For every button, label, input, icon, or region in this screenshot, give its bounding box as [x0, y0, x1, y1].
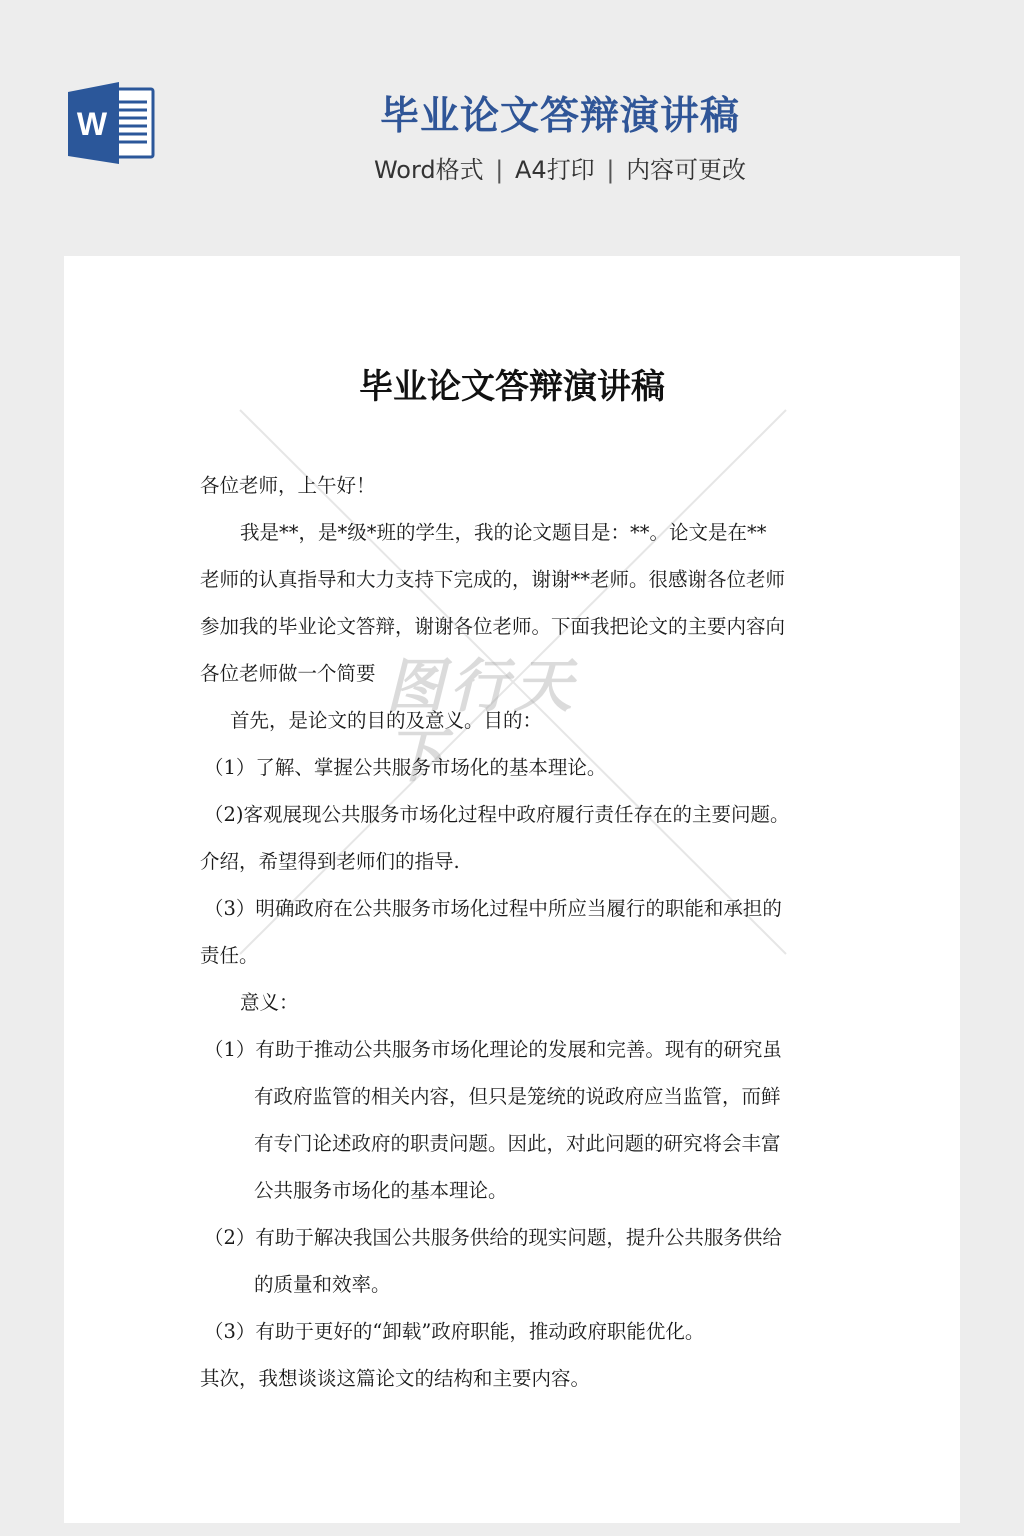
- document-page: 图行天下 毕业论文答辩演讲稿 各位老师，上午好！ 我是**，是*级*班的学生，我…: [64, 256, 960, 1523]
- paragraph-line: 我是**，是*级*班的学生，我的论文题目是：**。论文是在**: [200, 509, 830, 556]
- separator: |: [606, 156, 614, 184]
- section-heading-significance: 意义：: [200, 979, 830, 1026]
- paragraph-line: 责任。: [200, 932, 830, 979]
- paragraph-line: 其次，我想谈谈这篇论文的结构和主要内容。: [200, 1355, 830, 1402]
- list-item-continuation: 有政府监管的相关内容，但只是笼统的说政府应当监管，而鲜: [200, 1073, 830, 1120]
- paragraph-line: 参加我的毕业论文答辩，谢谢各位老师。下面我把论文的主要内容向: [200, 603, 830, 650]
- list-item-continuation: 公共服务市场化的基本理论。: [200, 1167, 830, 1214]
- document-body: 各位老师，上午好！ 我是**，是*级*班的学生，我的论文题目是：**。论文是在*…: [200, 462, 830, 1402]
- list-item-continuation: 的质量和效率。: [200, 1261, 830, 1308]
- list-item: （1）了解、掌握公共服务市场化的基本理论。: [200, 744, 830, 791]
- list-item: （3）有助于更好的“卸载”政府职能，推动政府职能优化。: [200, 1308, 830, 1355]
- word-document-icon: W: [65, 80, 157, 166]
- header-subtitle: Word格式 | A4打印 | 内容可更改: [300, 152, 820, 188]
- paragraph-line: 老师的认真指导和大力支持下完成的，谢谢**老师。很感谢各位老师: [200, 556, 830, 603]
- paragraph-line: 介绍，希望得到老师们的指导.: [200, 838, 830, 885]
- list-item: （3）明确政府在公共服务市场化过程中所应当履行的职能和承担的: [200, 885, 830, 932]
- greeting-line: 各位老师，上午好！: [200, 462, 830, 509]
- svg-text:W: W: [77, 106, 108, 142]
- separator: |: [495, 156, 503, 184]
- section-heading-purpose: 首先，是论文的目的及意义。目的：: [200, 697, 830, 744]
- print-label: A4打印: [515, 156, 595, 184]
- header-title: 毕业论文答辩演讲稿: [300, 92, 820, 142]
- editable-label: 内容可更改: [626, 156, 746, 184]
- format-label: Word格式: [374, 156, 484, 184]
- list-item-continuation: 有专门论述政府的职责问题。因此，对此问题的研究将会丰富: [200, 1120, 830, 1167]
- list-item: （2）有助于解决我国公共服务供给的现实问题，提升公共服务供给: [200, 1214, 830, 1261]
- list-item: （2)客观展现公共服务市场化过程中政府履行责任存在的主要问题。: [200, 791, 830, 838]
- list-item: （1）有助于推动公共服务市场化理论的发展和完善。现有的研究虽: [200, 1026, 830, 1073]
- document-title: 毕业论文答辩演讲稿: [64, 362, 960, 412]
- paragraph-line: 各位老师做一个简要: [200, 650, 830, 697]
